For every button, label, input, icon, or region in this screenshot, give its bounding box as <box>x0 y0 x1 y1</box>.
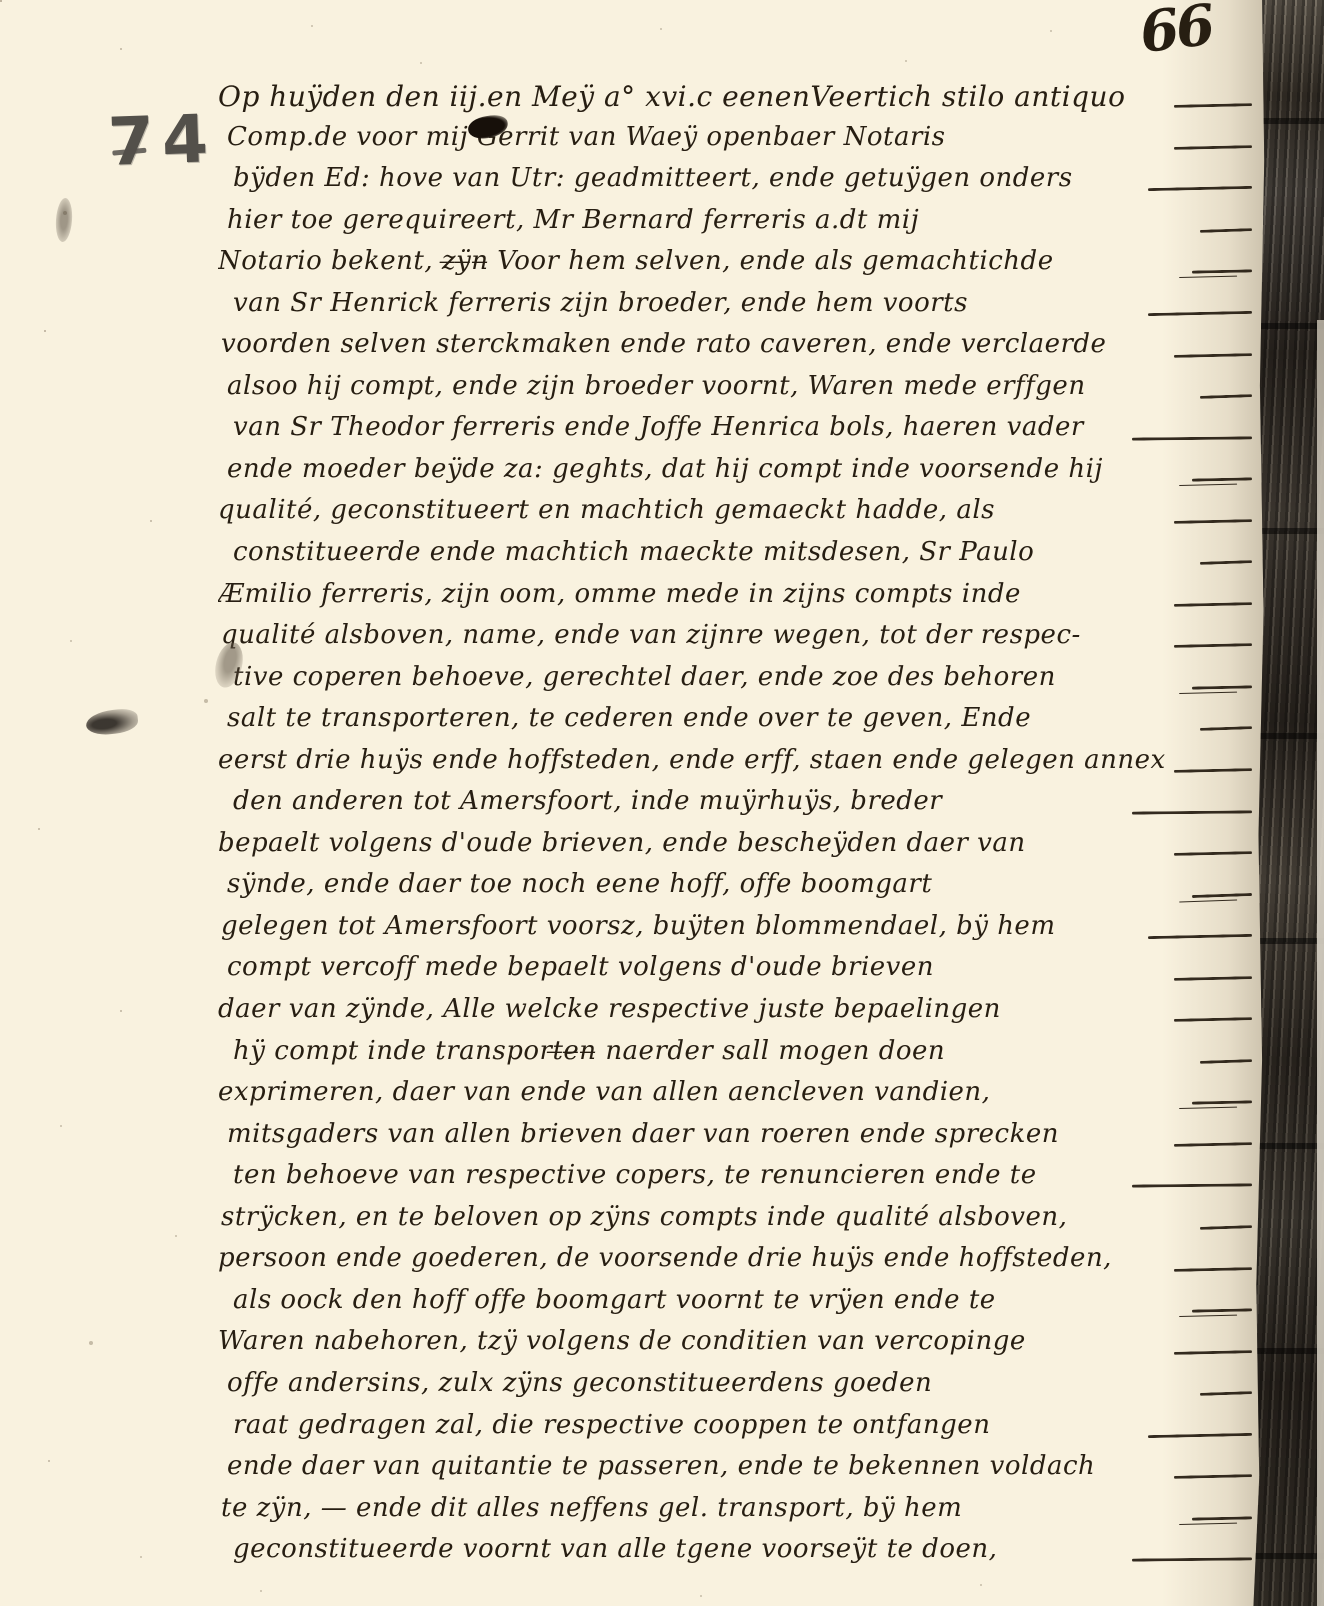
manuscript-line: qualité, geconstitueert en machtich gema… <box>218 495 1256 537</box>
ink-smudge <box>85 707 139 736</box>
manuscript-line: qualité alsboven, name, ende van zijnre … <box>218 620 1256 662</box>
manuscript-line: als oock den hoff offe boomgart voornt t… <box>218 1285 1256 1327</box>
manuscript-line: geconstitueerde voornt van alle tgene vo… <box>218 1534 1256 1576</box>
manuscript-line: strÿcken, en te beloven op zÿns compts i… <box>218 1202 1256 1244</box>
manuscript-line: raat gedragen zal, die respective cooppe… <box>218 1410 1256 1452</box>
manuscript-line: mitsgaders van allen brieven daer van ro… <box>218 1119 1256 1161</box>
manuscript-line: persoon ende goederen, de voorsende drie… <box>218 1243 1256 1285</box>
manuscript-text-block: Op huÿden den iij.en Meÿ a° xvi.c eenenV… <box>218 80 1256 1576</box>
manuscript-line: bepaelt volgens d'oude brieven, ende bes… <box>218 828 1256 870</box>
page-edge-highlight <box>1317 320 1324 1606</box>
manuscript-line: hier toe gerequireert, Mr Bernard ferrer… <box>218 205 1256 247</box>
manuscript-line: daer van zÿnde, Alle welcke respective j… <box>218 994 1256 1036</box>
manuscript-line: alsoo hij compt, ende zijn broeder voorn… <box>218 371 1256 413</box>
margin-archive-number: 74 <box>107 100 217 181</box>
manuscript-line: tive coperen behoeve, gerechtel daer, en… <box>218 662 1256 704</box>
manuscript-line: Op huÿden den iij.en Meÿ a° xvi.c eenenV… <box>218 80 1256 122</box>
manuscript-line: den anderen tot Amersfoort, inde muÿrhuÿ… <box>218 786 1256 828</box>
manuscript-line: van Sr Henrick ferreris zijn broeder, en… <box>218 288 1256 330</box>
manuscript-line: voorden selven sterckmaken ende rato cav… <box>218 329 1256 371</box>
folio-number: 66 <box>1136 0 1215 66</box>
manuscript-line: Æmilio ferreris, zijn oom, omme mede in … <box>218 579 1256 621</box>
manuscript-line: van Sr Theodor ferreris ende Joffe Henri… <box>218 412 1256 454</box>
manuscript-line: offe andersins, zulx zÿns geconstitueerd… <box>218 1368 1256 1410</box>
margin-archive-number-text: 74 <box>107 100 217 181</box>
manuscript-line: hÿ compt inde transport̶e̶n̶ naerder sal… <box>218 1036 1256 1078</box>
manuscript-line: eerst drie huÿs ende hoffsteden, ende er… <box>218 745 1256 787</box>
manuscript-line: ten behoeve van respective copers, te re… <box>218 1160 1256 1202</box>
manuscript-page: 66 74 Op huÿden den iij.en Meÿ a° xvi.c … <box>0 0 1324 1606</box>
manuscript-line: constitueerde ende machtich maeckte mits… <box>218 537 1256 579</box>
manuscript-line: Notario bekent, z̶ÿ̶n̶ Voor hem selven, … <box>218 246 1256 288</box>
manuscript-line: salt te transporteren, te cederen ende o… <box>218 703 1256 745</box>
ink-smudge <box>54 197 73 242</box>
paper-speckles <box>0 0 2 2</box>
manuscript-line: exprimeren, daer van ende van allen aenc… <box>218 1077 1256 1119</box>
manuscript-line: compt vercoff mede bepaelt volgens d'oud… <box>218 952 1256 994</box>
manuscript-line: Waren nabehoren, tzÿ volgens de conditie… <box>218 1326 1256 1368</box>
manuscript-line: gelegen tot Amersfoort voorsz, buÿten bl… <box>218 911 1256 953</box>
manuscript-line: Comp.de voor mij Gerrit van Waeÿ openbae… <box>218 122 1256 164</box>
manuscript-line: ende daer van quitantie te passeren, end… <box>218 1451 1256 1493</box>
manuscript-line: te zÿn, — ende dit alles neffens gel. tr… <box>218 1493 1256 1535</box>
book-binding-edge <box>1252 0 1324 1606</box>
manuscript-line: ende moeder beÿde za: geghts, dat hij co… <box>218 454 1256 496</box>
manuscript-line: sÿnde, ende daer toe noch eene hoff, off… <box>218 869 1256 911</box>
manuscript-line: bÿden Ed: hove van Utr: geadmitteert, en… <box>218 163 1256 205</box>
